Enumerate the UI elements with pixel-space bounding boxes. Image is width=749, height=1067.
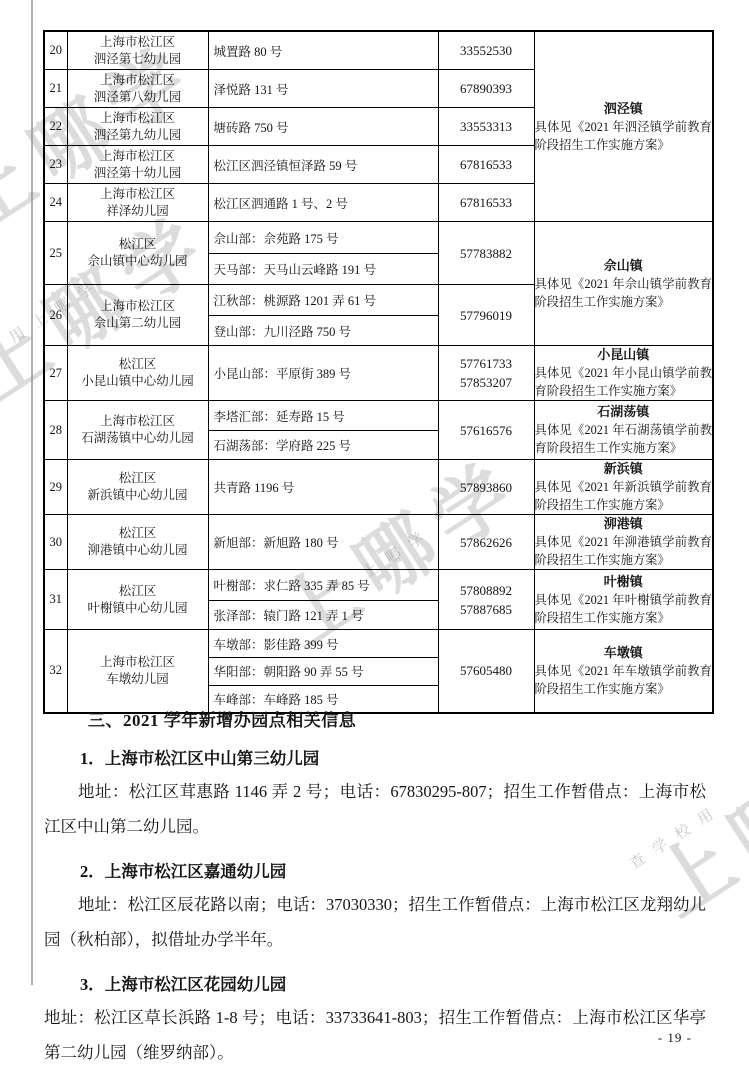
row-number-cell: 28 <box>44 401 67 460</box>
address-line: 张泽部：辕门路 121 弄 1 号 <box>209 600 438 630</box>
phone-cell: 57796019 <box>438 285 534 346</box>
kindergarten-name-cell: 松江区叶榭镇中心幼儿园 <box>67 570 208 630</box>
phone-cell: 57605480 <box>438 630 534 713</box>
row-number-cell: 31 <box>44 570 67 630</box>
table-row: 30松江区泖港镇中心幼儿园新旭部：新旭路 180 号57862626泖港镇具体见… <box>44 515 713 570</box>
town-note-cell: 叶榭镇具体见《2021 年叶榭镇学前教育阶段招生工作实施方案》 <box>534 570 713 630</box>
phone-cell: 57783882 <box>438 222 534 285</box>
town-note-cell: 小昆山镇具体见《2021 年小昆山镇学前教育阶段招生工作实施方案》 <box>534 346 713 401</box>
kindergarten-name-cell: 上海市松江区泗泾第十幼儿园 <box>67 146 208 184</box>
new-sites-section: 三、2021 学年新增办园点相关信息 1．上海市松江区中山第三幼儿园 地址：松江… <box>44 704 706 1067</box>
town-note: 具体见《2021 年泖港镇学前教育阶段招生工作实施方案》 <box>535 533 713 569</box>
town-note-cell: 佘山镇具体见《2021 年佘山镇学前教育阶段招生工作实施方案》 <box>534 222 713 346</box>
phone-cell: 57893860 <box>438 460 534 515</box>
row-number-cell: 32 <box>44 630 67 713</box>
item-1-title: 1．上海市松江区中山第三幼儿园 <box>44 745 706 769</box>
address-line: 佘山部：佘苑路 175 号 <box>209 222 438 253</box>
phone-cell: 67816533 <box>438 146 534 184</box>
kindergarten-name-cell: 松江区新浜镇中心幼儿园 <box>67 460 208 515</box>
kindergarten-name-cell: 上海市松江区泗泾第八幼儿园 <box>67 70 208 108</box>
address-cell: 车墩部：影佳路 399 号华阳部：朝阳路 90 弄 55 号车峰部：车峰路 18… <box>208 630 438 713</box>
table-row: 29松江区新浜镇中心幼儿园共青路 1196 号57893860新浜镇具体见《20… <box>44 460 713 515</box>
kindergarten-name-cell: 松江区佘山镇中心幼儿园 <box>67 222 208 285</box>
address-cell: 塘砖路 750 号 <box>208 108 438 146</box>
phone-cell: 33552530 <box>438 31 534 70</box>
row-number-cell: 27 <box>44 346 67 401</box>
address-line: 新旭部：新旭路 180 号 <box>209 517 438 568</box>
town-note: 具体见《2021 年石湖荡镇学前教育阶段招生工作实施方案》 <box>535 421 713 457</box>
item-2-body: 地址：松江区辰花路以南；电话：37030330；招生工作暂借点：上海市松江区龙翔… <box>44 887 706 957</box>
row-number-cell: 21 <box>44 70 67 108</box>
kindergarten-table-body: 20上海市松江区泗泾第七幼儿园城置路 80 号33552530泗泾镇具体见《20… <box>44 31 713 713</box>
kindergarten-table: 20上海市松江区泗泾第七幼儿园城置路 80 号33552530泗泾镇具体见《20… <box>43 30 714 714</box>
row-number-cell: 22 <box>44 108 67 146</box>
town-note: 具体见《2021 年泗泾镇学前教育阶段招生工作实施方案》 <box>535 118 713 154</box>
address-cell: 松江区泗通路 1 号、2 号 <box>208 184 438 222</box>
address-line: 华阳部：朝阳路 90 弄 55 号 <box>209 657 438 684</box>
scan-artifact-line <box>31 0 33 985</box>
kindergarten-name-cell: 上海市松江区佘山第二幼儿园 <box>67 285 208 346</box>
kindergarten-name-cell: 上海市松江区车墩幼儿园 <box>67 630 208 713</box>
address-line: 松江区泗通路 1 号、2 号 <box>209 184 438 221</box>
section-heading: 三、2021 学年新增办园点相关信息 <box>44 706 706 731</box>
table-row: 28上海市松江区石湖荡镇中心幼儿园李塔汇部：延寿路 15 号石湖荡部：学府路 2… <box>44 401 713 460</box>
town-name: 新浜镇 <box>535 460 713 478</box>
item-1-body: 地址：松江区茸惠路 1146 弄 2 号；电话：67830295-807；招生工… <box>44 774 706 844</box>
address-cell: 江秋部：桃源路 1201 弄 61 号登山部：九川泾路 750 号 <box>208 285 438 346</box>
phone-cell: 5776173357853207 <box>438 346 534 401</box>
kindergarten-name-cell: 上海市松江区泗泾第九幼儿园 <box>67 108 208 146</box>
row-number-cell: 29 <box>44 460 67 515</box>
kindergarten-name-cell: 松江区泖港镇中心幼儿园 <box>67 515 208 570</box>
address-cell: 叶榭部：求仁路 335 弄 85 号张泽部：辕门路 121 弄 1 号 <box>208 570 438 630</box>
phone-cell: 57616576 <box>438 401 534 460</box>
table-row: 20上海市松江区泗泾第七幼儿园城置路 80 号33552530泗泾镇具体见《20… <box>44 31 713 70</box>
phone-cell: 67890393 <box>438 70 534 108</box>
town-name: 小昆山镇 <box>535 346 713 364</box>
table-row: 25松江区佘山镇中心幼儿园佘山部：佘苑路 175 号天马部：天马山云峰路 191… <box>44 222 713 285</box>
address-line: 石湖荡部：学府路 225 号 <box>209 430 438 459</box>
address-line: 共青路 1196 号 <box>209 461 438 513</box>
address-cell: 李塔汇部：延寿路 15 号石湖荡部：学府路 225 号 <box>208 401 438 460</box>
table-row: 32上海市松江区车墩幼儿园车墩部：影佳路 399 号华阳部：朝阳路 90 弄 5… <box>44 630 713 713</box>
address-line: 泽悦路 131 号 <box>209 70 438 107</box>
phone-cell: 5780889257887685 <box>438 570 534 630</box>
phone-cell: 57862626 <box>438 515 534 570</box>
row-number-cell: 23 <box>44 146 67 184</box>
address-cell: 小昆山部：平原街 389 号 <box>208 346 438 401</box>
town-name: 叶榭镇 <box>535 573 713 591</box>
item-2-title: 2．上海市松江区嘉通幼儿园 <box>44 858 706 882</box>
row-number-cell: 24 <box>44 184 67 222</box>
item-3-title: 3．上海市松江区花园幼儿园 <box>44 971 706 995</box>
address-line: 松江区泗泾镇恒泽路 59 号 <box>209 146 438 183</box>
address-cell: 松江区泗泾镇恒泽路 59 号 <box>208 146 438 184</box>
town-name: 泗泾镇 <box>535 100 713 118</box>
address-line: 塘砖路 750 号 <box>209 108 438 145</box>
town-note-cell: 石湖荡镇具体见《2021 年石湖荡镇学前教育阶段招生工作实施方案》 <box>534 401 713 460</box>
address-cell: 共青路 1196 号 <box>208 460 438 515</box>
table-row: 27松江区小昆山镇中心幼儿园小昆山部：平原街 389 号577617335785… <box>44 346 713 401</box>
town-note: 具体见《2021 年叶榭镇学前教育阶段招生工作实施方案》 <box>535 591 713 627</box>
address-cell: 新旭部：新旭路 180 号 <box>208 515 438 570</box>
town-note: 具体见《2021 年新浜镇学前教育阶段招生工作实施方案》 <box>535 478 713 514</box>
table-row: 31松江区叶榭镇中心幼儿园叶榭部：求仁路 335 弄 85 号张泽部：辕门路 1… <box>44 570 713 630</box>
address-line: 车墩部：影佳路 399 号 <box>209 630 438 657</box>
town-note-cell: 泖港镇具体见《2021 年泖港镇学前教育阶段招生工作实施方案》 <box>534 515 713 570</box>
town-name: 石湖荡镇 <box>535 403 713 421</box>
row-number-cell: 20 <box>44 31 67 70</box>
address-line: 天马部：天马山云峰路 191 号 <box>209 253 438 284</box>
address-cell: 城置路 80 号 <box>208 31 438 70</box>
phone-cell: 33553313 <box>438 108 534 146</box>
address-cell: 佘山部：佘苑路 175 号天马部：天马山云峰路 191 号 <box>208 222 438 285</box>
row-number-cell: 25 <box>44 222 67 285</box>
address-line: 江秋部：桃源路 1201 弄 61 号 <box>209 285 438 315</box>
town-note: 具体见《2021 年佘山镇学前教育阶段招生工作实施方案》 <box>535 275 713 311</box>
phone-cell: 67816533 <box>438 184 534 222</box>
page-number: - 19 - <box>658 1030 692 1046</box>
town-name: 泖港镇 <box>535 515 713 533</box>
address-line: 城置路 80 号 <box>209 32 438 69</box>
town-name: 佘山镇 <box>535 257 713 275</box>
address-line: 叶榭部：求仁路 335 弄 85 号 <box>209 570 438 600</box>
town-name: 车墩镇 <box>535 644 713 662</box>
town-note-cell: 车墩镇具体见《2021 年车墩镇学前教育阶段招生工作实施方案》 <box>534 630 713 713</box>
town-note-cell: 新浜镇具体见《2021 年新浜镇学前教育阶段招生工作实施方案》 <box>534 460 713 515</box>
town-note: 具体见《2021 年小昆山镇学前教育阶段招生工作实施方案》 <box>535 364 713 400</box>
address-cell: 泽悦路 131 号 <box>208 70 438 108</box>
address-line: 李塔汇部：延寿路 15 号 <box>209 401 438 430</box>
kindergarten-name-cell: 上海市松江区祥泽幼儿园 <box>67 184 208 222</box>
town-note: 具体见《2021 年车墩镇学前教育阶段招生工作实施方案》 <box>535 662 713 698</box>
item-3-body: 地址：松江区草长浜路 1-8 号；电话：33733641-803；招生工作暂借点… <box>44 1000 706 1067</box>
row-number-cell: 26 <box>44 285 67 346</box>
address-line: 登山部：九川泾路 750 号 <box>209 315 438 345</box>
document-page: 上哪学 上哪学 上哪学 上哪学 用上哪学 上哪学 查学校用 20上海市松江区泗泾… <box>0 0 749 1067</box>
kindergarten-name-cell: 上海市松江区石湖荡镇中心幼儿园 <box>67 401 208 460</box>
town-note-cell: 泗泾镇具体见《2021 年泗泾镇学前教育阶段招生工作实施方案》 <box>534 31 713 222</box>
row-number-cell: 30 <box>44 515 67 570</box>
address-line: 小昆山部：平原街 389 号 <box>209 347 438 400</box>
kindergarten-name-cell: 上海市松江区泗泾第七幼儿园 <box>67 31 208 70</box>
kindergarten-name-cell: 松江区小昆山镇中心幼儿园 <box>67 346 208 401</box>
